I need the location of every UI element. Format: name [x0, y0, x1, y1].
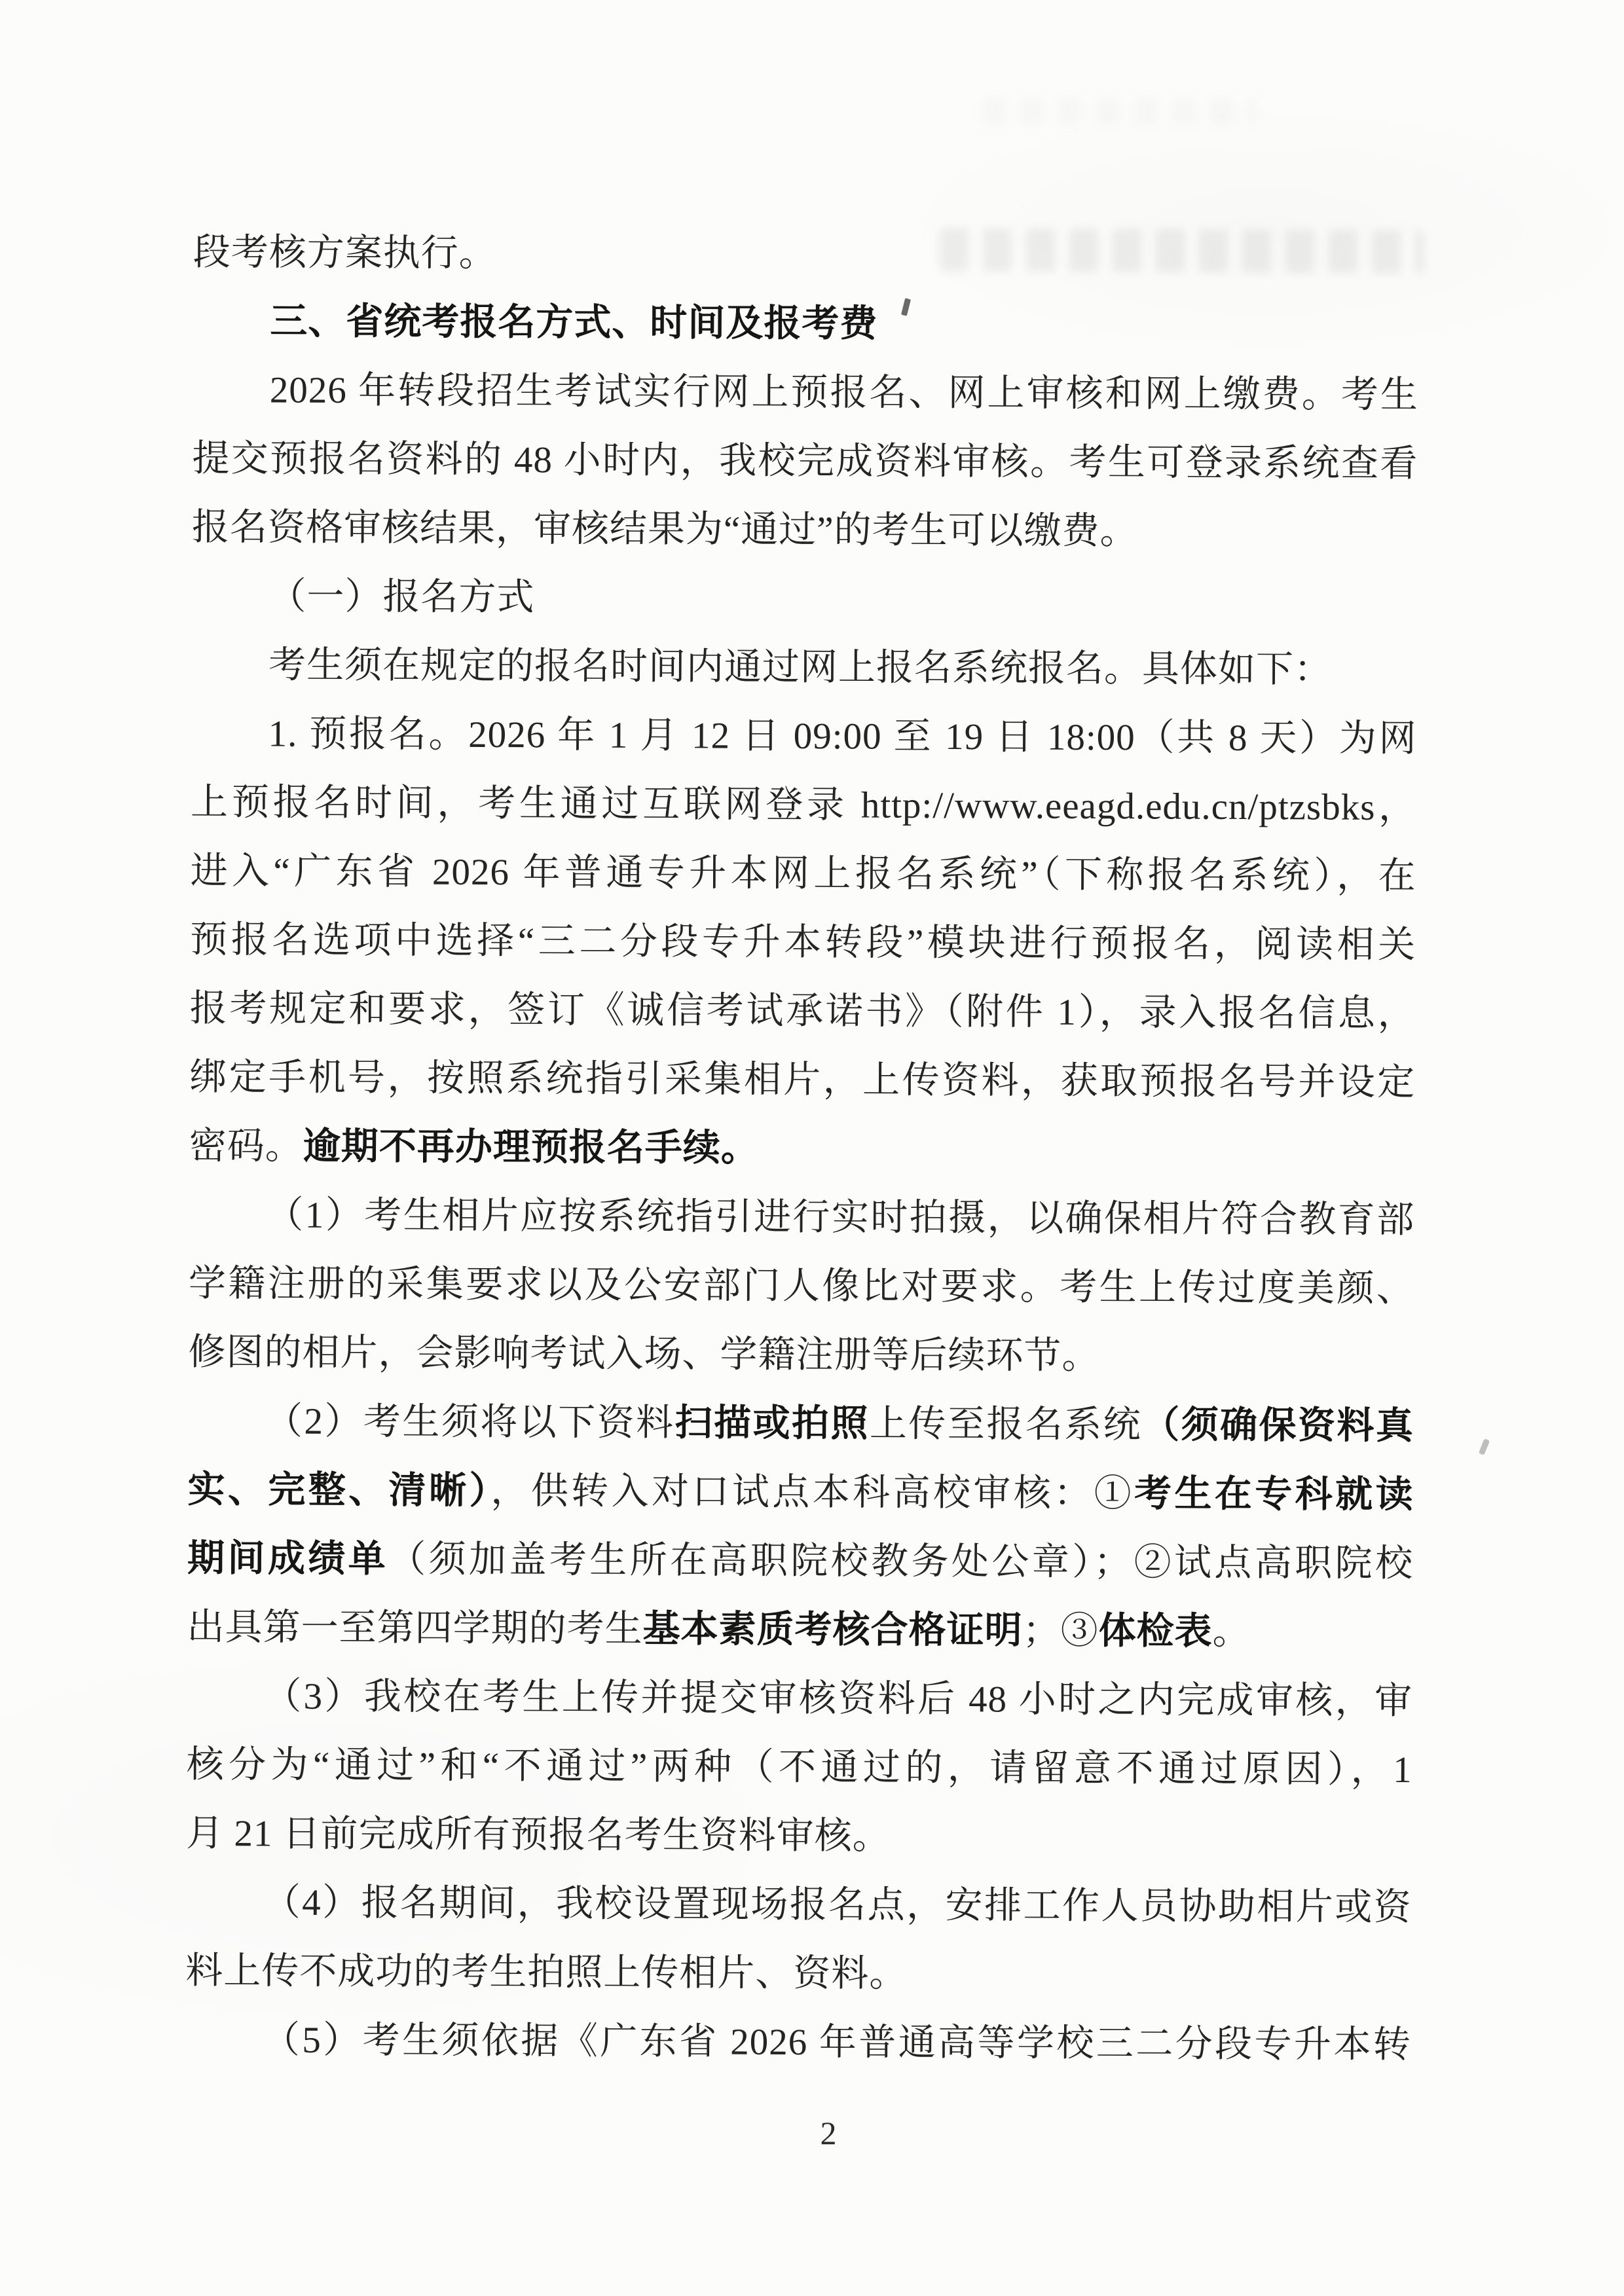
text-segment: 。 [1212, 1611, 1250, 1652]
text-segment: 密码。 [189, 1125, 303, 1167]
text-line: 实、完整、清晰），供转入对口试点本科高校审核：①考生在专科就读 [187, 1455, 1413, 1529]
bold-text-segment: 考生在专科就读 [1134, 1473, 1414, 1516]
text-line: 学籍注册的采集要求以及公安部门人像比对要求。考生上传过度美颜、 [189, 1249, 1414, 1323]
bold-text-segment: 扫描或拍照 [674, 1402, 870, 1444]
text-line: 报名资格审核结果，审核结果为“通过”的考生可以缴费。 [192, 493, 1418, 567]
text-line: 报考规定和要求，签订《诚信考试承诺书》（附件 1），录入报名信息， [190, 974, 1416, 1048]
text-segment: （须加盖考生所在高职院校教务处公章）；②试点高职院校 [388, 1539, 1413, 1584]
text-segment: 段考核方案执行。 [193, 232, 497, 274]
text-segment: 料上传不成功的考生拍照上传相片、资料。 [185, 1950, 907, 1995]
bold-text-segment: 实、完整、清晰） [187, 1469, 490, 1512]
text-segment: 修图的相片，会影响考试入场、学籍注册等后续环节。 [188, 1332, 1099, 1377]
text-segment: ；③ [1022, 1611, 1098, 1652]
text-segment: 考生须在规定的报名时间内通过网上报名系统报名。具体如下： [268, 645, 1332, 691]
text-line: 上预报名时间，考生通过互联网登录 http://www.eeagd.edu.cn… [191, 768, 1416, 842]
scan-speck [1479, 1438, 1490, 1455]
text-line: 三、省统考报名方式、时间及报考费 [193, 287, 1418, 361]
text-segment: 2026 年转段招生考试实行网上预报名、网上审核和网上缴费。考生 [270, 370, 1418, 416]
text-segment: 上传至报名系统 [870, 1404, 1143, 1446]
text-segment: 1. 预报名。2026 年 1 月 12 日 09:00 至 19 日 18:0… [268, 714, 1416, 760]
text-line: 1. 预报名。2026 年 1 月 12 日 09:00 至 19 日 18:0… [191, 699, 1416, 773]
text-segment: 绑定手机号，按照系统指引采集相片，上传资料，获取预报名号并设定 [189, 1057, 1415, 1103]
text-segment: 预报名选项中选择“三二分段专升本转段”模块进行预报名，阅读相关 [190, 919, 1416, 966]
text-line: （1）考生相片应按系统指引进行实时拍摄，以确保相片符合教育部 [189, 1180, 1414, 1254]
text-line: 段考核方案执行。 [193, 218, 1419, 292]
text-line: 料上传不成功的考生拍照上传相片、资料。 [185, 1937, 1411, 2011]
bold-text-segment: 逾期不再办理预报名手续。 [303, 1126, 759, 1169]
bold-text-segment: 三、省统考报名方式、时间及报考费 [270, 301, 877, 345]
text-segment: 提交预报名资料的 48 小时内，我校完成资料审核。考生可登录系统查看 [192, 438, 1418, 484]
text-segment: 出具第一至第四学期的考生 [187, 1607, 642, 1650]
text-line: 提交预报名资料的 48 小时内，我校完成资料审核。考生可登录系统查看 [192, 424, 1418, 498]
text-line: （2）考生须将以下资料扫描或拍照上传至报名系统（须确保资料真 [188, 1387, 1414, 1461]
text-line: 2026 年转段招生考试实行网上预报名、网上审核和网上缴费。考生 [193, 355, 1418, 429]
bold-text-segment: 体检表 [1098, 1611, 1212, 1652]
bold-text-segment: （须确保资料真 [1142, 1404, 1414, 1447]
text-segment: 核分为“通过”和“不通过”两种（不通过的，请留意不通过原因），1 [187, 1744, 1412, 1791]
text-line: （4）报名期间，我校设置现场报名点，安排工作人员协助相片或资 [186, 1868, 1412, 1942]
text-line: 绑定手机号，按照系统指引采集相片，上传资料，获取预报名号并设定 [189, 1043, 1415, 1117]
text-line: 密码。逾期不再办理预报名手续。 [189, 1112, 1415, 1186]
bleed-through-ghost-faint [982, 98, 1257, 124]
text-segment: ，供转入对口试点本科高校审核：① [490, 1470, 1134, 1514]
text-line: 预报名选项中选择“三二分段专升本转段”模块进行预报名，阅读相关 [190, 905, 1416, 979]
text-line: （3）我校在考生上传并提交审核资料后 48 小时之内完成审核，审 [187, 1662, 1412, 1736]
text-line: 进入“广东省 2026 年普通专升本网上报名系统”（下称报名系统），在 [190, 837, 1416, 911]
text-segment: 报名资格审核结果，审核结果为“通过”的考生可以缴费。 [192, 507, 1138, 552]
bold-text-segment: 期间成绩单 [187, 1538, 388, 1580]
text-line: 核分为“通过”和“不通过”两种（不通过的，请留意不通过原因），1 [186, 1730, 1412, 1804]
text-segment: 进入“广东省 2026 年普通专升本网上报名系统”（下称报名系统），在 [191, 850, 1416, 897]
document-body: 段考核方案执行。三、省统考报名方式、时间及报考费2026 年转段招生考试实行网上… [185, 218, 1419, 2079]
text-line: 修图的相片，会影响考试入场、学籍注册等后续环节。 [188, 1318, 1414, 1392]
page-number: 2 [16, 2107, 1624, 2159]
text-line: 出具第一至第四学期的考生基本素质考核合格证明；③体检表。 [187, 1593, 1412, 1667]
text-line: （5）考生须依据《广东省 2026 年普通高等学校三二分段专升本转 [185, 2005, 1411, 2079]
text-line: （一）报名方式 [191, 562, 1417, 636]
text-line: 月 21 日前完成所有预报名考生资料审核。 [186, 1799, 1412, 1873]
text-segment: （一）报名方式 [268, 576, 534, 619]
text-segment: 学籍注册的采集要求以及公安部门人像比对要求。考生上传过度美颜、 [189, 1263, 1414, 1309]
text-segment: （1）考生相片应按系统指引进行实时拍摄，以确保相片符合教育部 [266, 1195, 1414, 1241]
text-segment: （2）考生须将以下资料 [265, 1400, 675, 1444]
text-segment: （3）我校在考生上传并提交审核资料后 48 小时之内完成审核，审 [264, 1675, 1412, 1722]
document-page: 段考核方案执行。三、省统考报名方式、时间及报考费2026 年转段招生考试实行网上… [0, 0, 1624, 2296]
text-segment: 月 21 日前完成所有预报名考生资料审核。 [186, 1813, 891, 1857]
text-line: 考生须在规定的报名时间内通过网上报名系统报名。具体如下： [191, 630, 1417, 704]
text-segment: （4）报名期间，我校设置现场报名点，安排工作人员协助相片或资 [263, 1882, 1412, 1928]
bold-text-segment: 基本素质考核合格证明 [642, 1609, 1022, 1652]
text-segment: 报考规定和要求，签订《诚信考试承诺书》（附件 1），录入报名信息， [190, 988, 1416, 1034]
text-line: 期间成绩单（须加盖考生所在高职院校教务处公章）；②试点高职院校 [187, 1524, 1413, 1598]
text-segment: 上预报名时间，考生通过互联网登录 http://www.eeagd.edu.cn… [191, 782, 1416, 828]
text-segment: （5）考生须依据《广东省 2026 年普通高等学校三二分段专升本转 [263, 2019, 1411, 2066]
